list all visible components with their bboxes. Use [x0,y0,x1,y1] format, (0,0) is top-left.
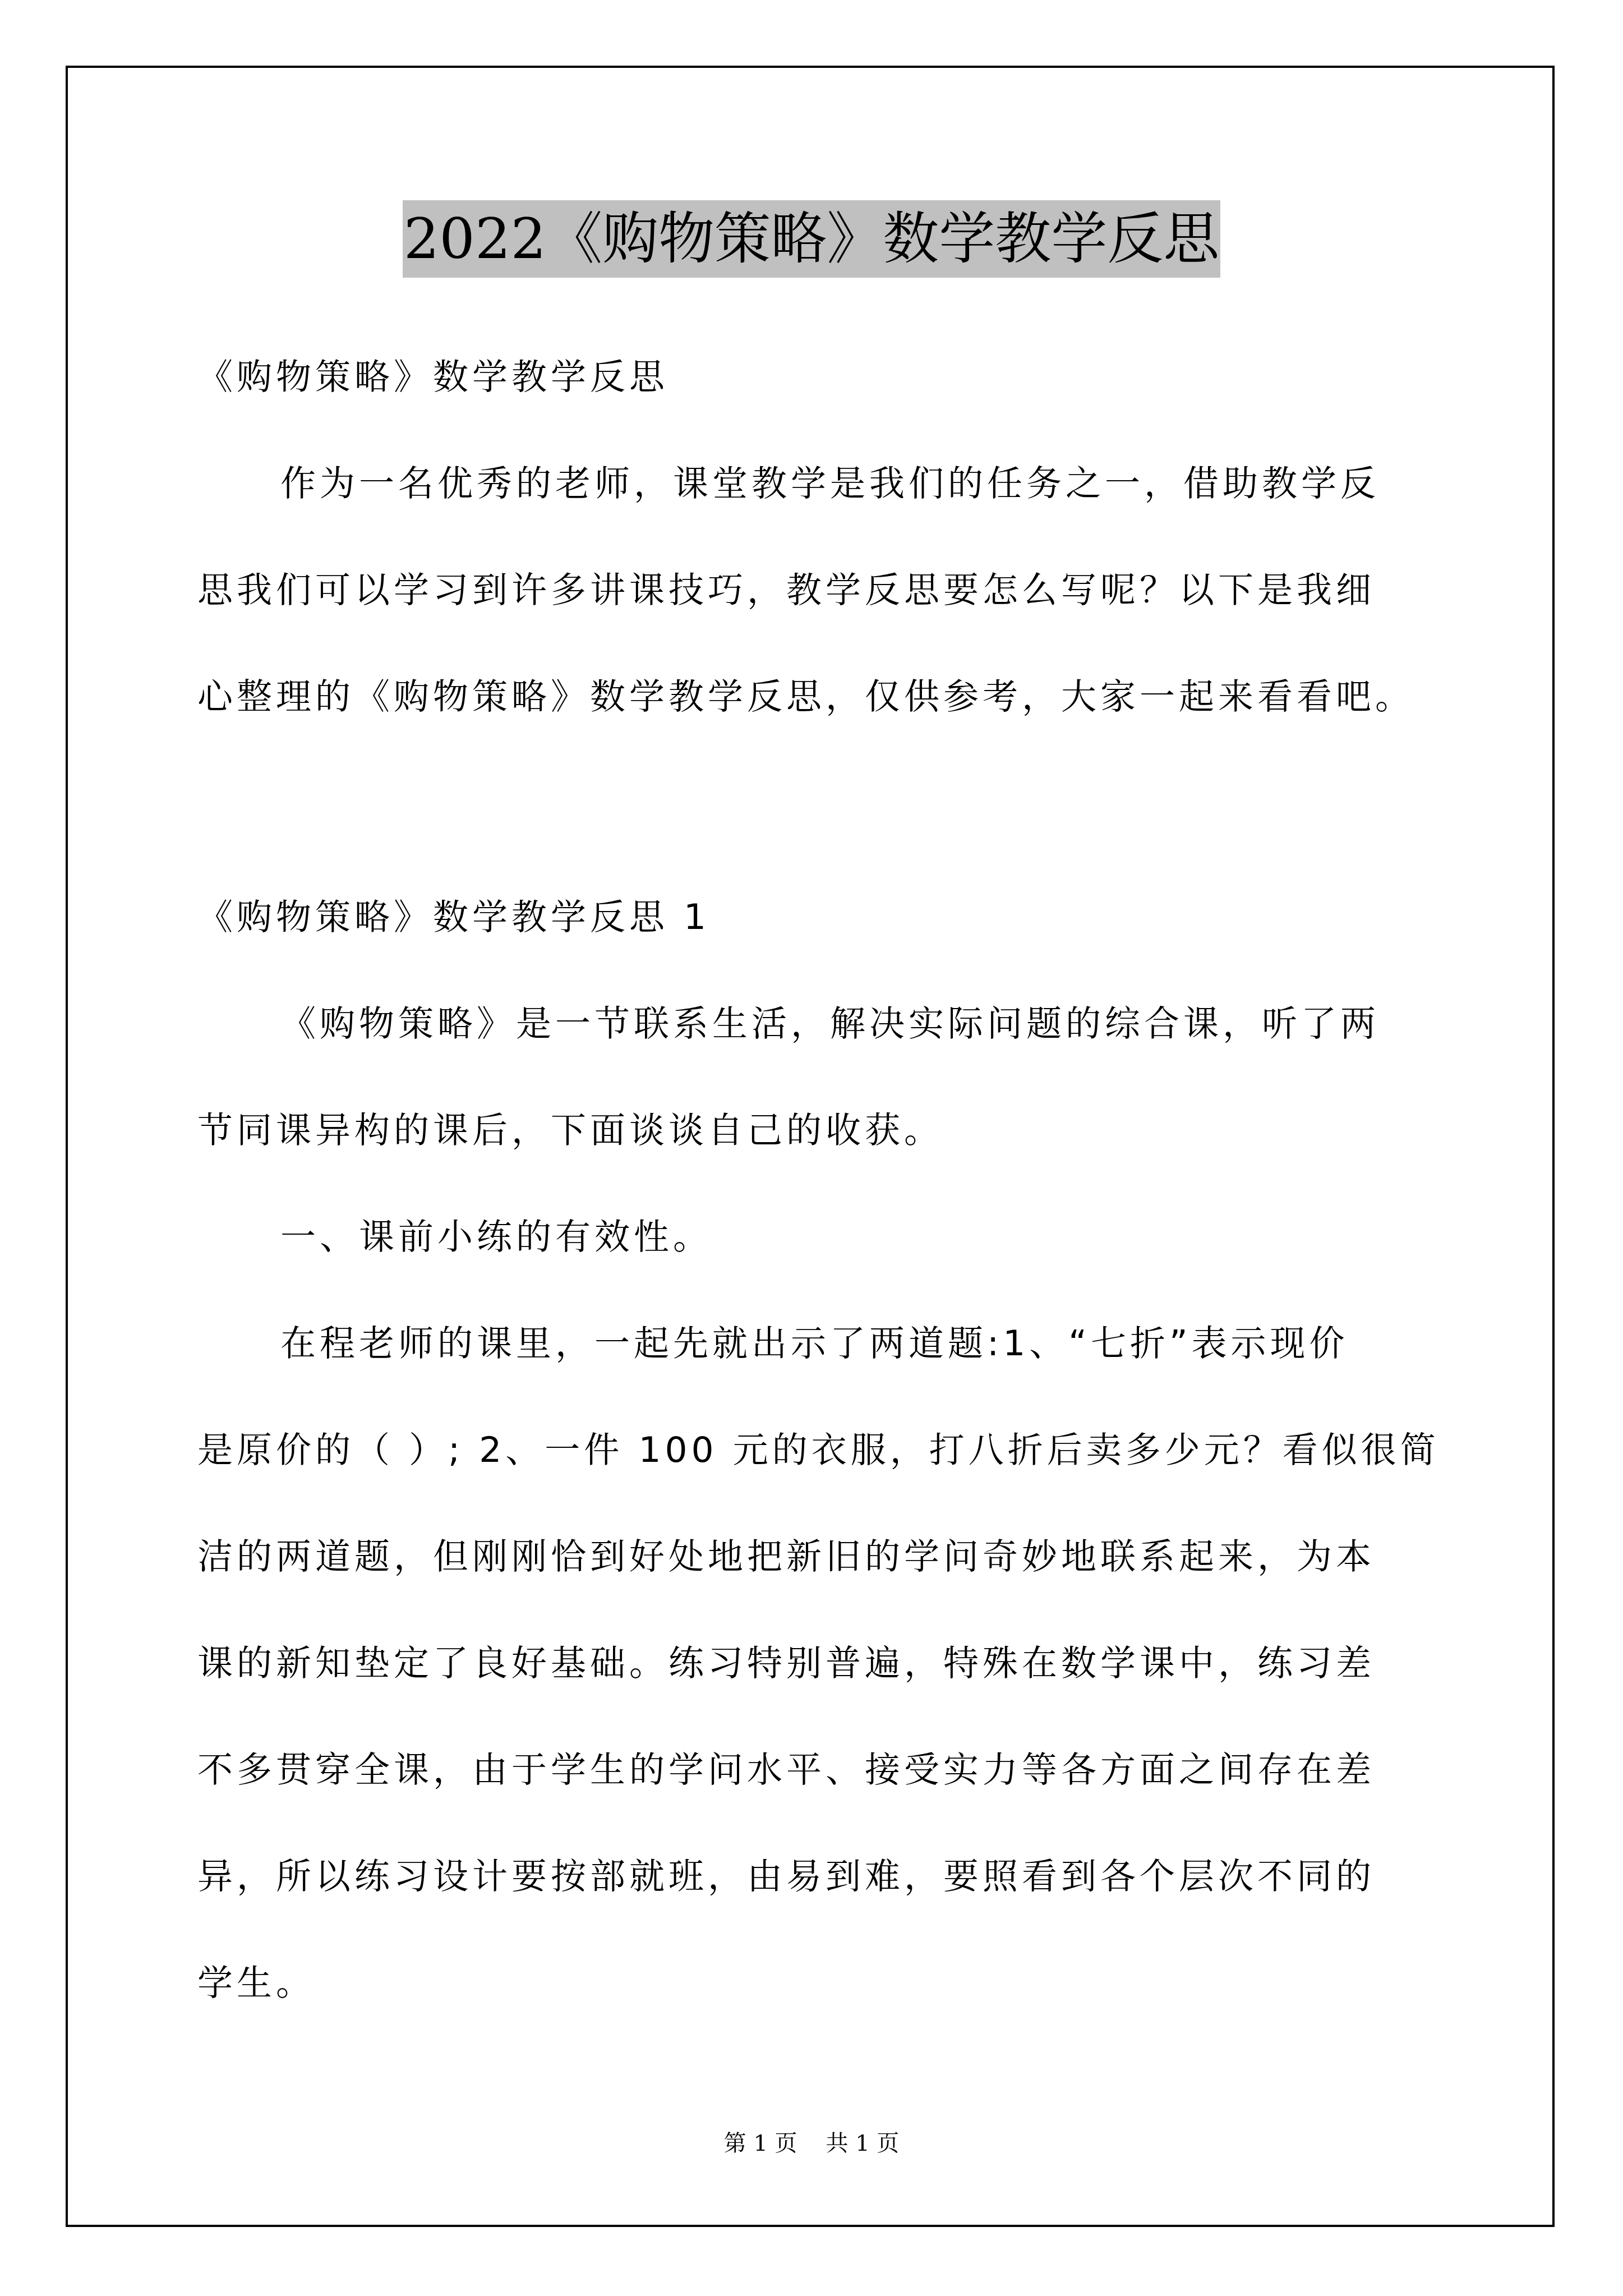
section1-para2-line-1: 在程老师的课里，一起先就出示了两道题:1、“七折”表示现价 [280,1321,1537,1366]
section1-para2-line-7: 学生。 [197,1961,1454,2005]
intro-heading: 《购物策略》数学教学反思 [197,355,1454,399]
intro-line-1: 作为一名优秀的老师，课堂教学是我们的任务之一，借助教学反 [280,461,1537,506]
intro-line-2: 思我们可以学习到许多讲课技巧，教学反思要怎么写呢？以下是我细 [197,568,1454,613]
document-title: 2022《购物策略》数学教学反思 [403,200,1221,278]
title-container: 2022《购物策略》数学教学反思 [0,200,1623,278]
section1-para2-line-6: 异，所以练习设计要按部就班，由易到难，要照看到各个层次不同的 [197,1854,1454,1899]
section1-para2-line-5: 不多贯穿全课，由于学生的学问水平、接受实力等各方面之间存在差 [197,1747,1454,1792]
intro-line-3: 心整理的《购物策略》数学教学反思，仅供参考，大家一起来看看吧。 [197,674,1454,719]
section1-subheading: 一、课前小练的有效性。 [280,1214,1537,1259]
section1-para1-line-2: 节同课异构的课后，下面谈谈自己的收获。 [197,1108,1454,1153]
page-number-footer: 第 1 页 共 1 页 [0,2129,1623,2157]
section1-para2-line-4: 课的新知垫定了良好基础。练习特别普遍，特殊在数学课中，练习差 [197,1641,1454,1686]
section1-para2-line-2: 是原价的（ ）; 2、一件 100 元的衣服，打八折后卖多少元？看似很简 [197,1428,1454,1473]
section1-para1-line-1: 《购物策略》是一节联系生活，解决实际问题的综合课，听了两 [280,1001,1537,1046]
section1-para2-line-3: 洁的两道题，但刚刚恰到好处地把新旧的学问奇妙地联系起来，为本 [197,1534,1454,1579]
section1-heading: 《购物策略》数学教学反思 1 [197,895,1454,940]
